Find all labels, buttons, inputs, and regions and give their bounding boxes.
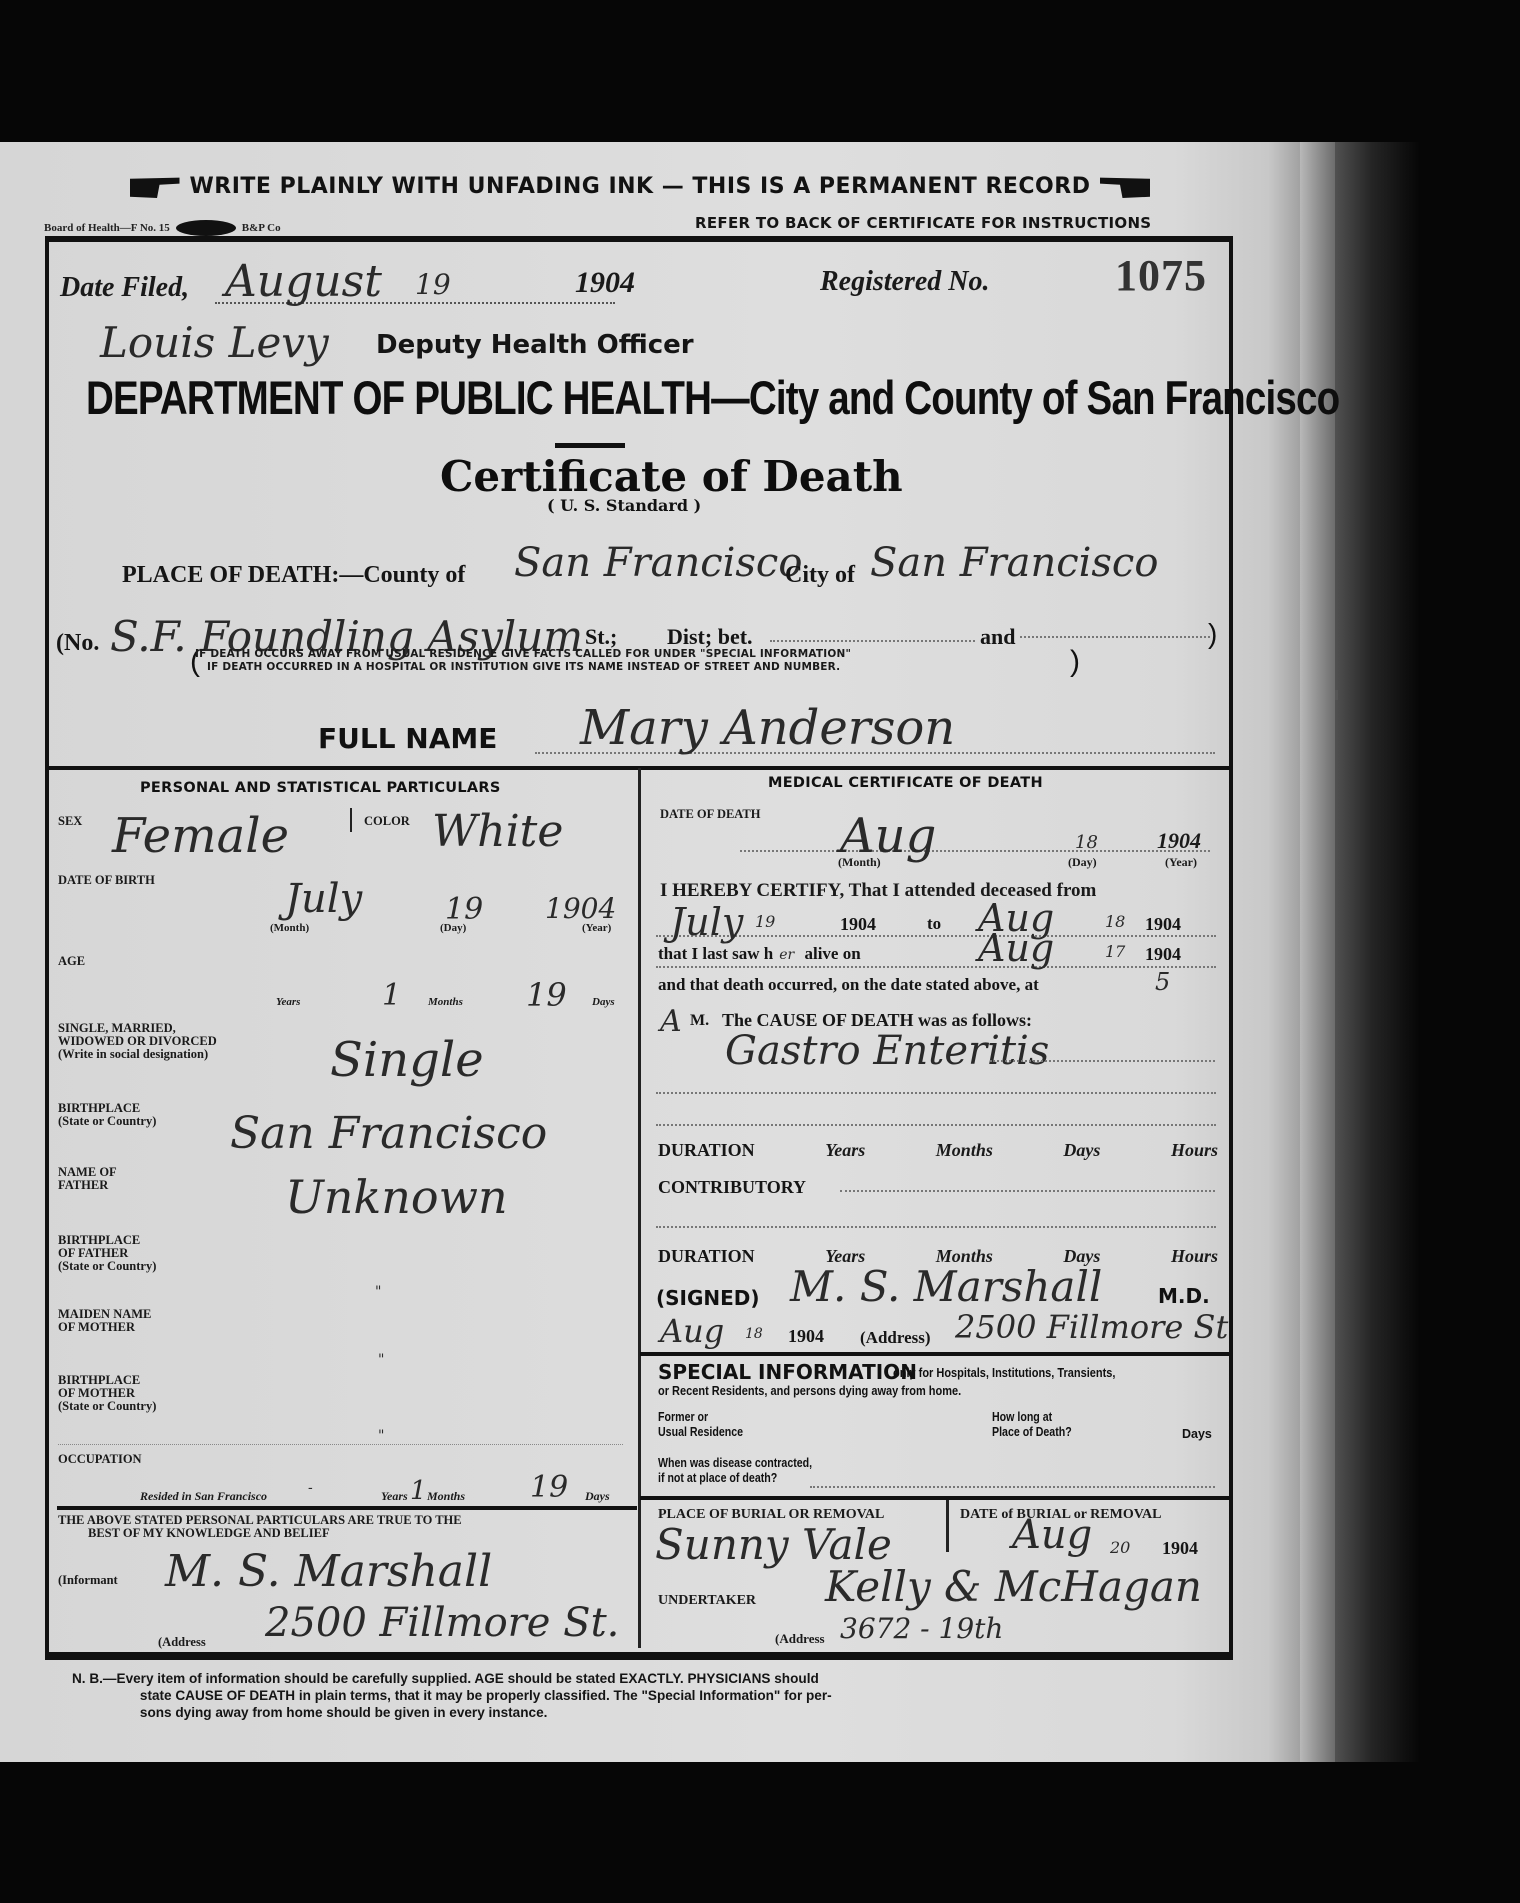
md-label: M.D. xyxy=(1158,1284,1210,1308)
resided-label: Resided in San Francisco xyxy=(140,1490,267,1503)
city-value: San Francisco xyxy=(870,540,1158,586)
printer-seal-icon xyxy=(176,220,236,236)
occupation-label: OCCUPATION xyxy=(58,1453,142,1466)
special-information-subtext: or Recent Residents, and persons dying a… xyxy=(658,1384,961,1398)
resided-years-value: - xyxy=(308,1480,313,1496)
occupation-line xyxy=(58,1444,623,1445)
duration-years-caption: Years xyxy=(825,1140,865,1161)
when-contracted-line xyxy=(810,1486,1215,1488)
how-long-label: How long at Place of Death? xyxy=(992,1410,1072,1440)
undertaker-value: Kelly & McHagan xyxy=(825,1562,1202,1611)
street-no-label: (No. xyxy=(56,630,99,657)
resided-months-caption: Months xyxy=(427,1490,465,1503)
duration-hours-caption: Hours xyxy=(1171,1140,1218,1161)
top-banner: WRITE PLAINLY WITH UNFADING INK — THIS I… xyxy=(100,168,1180,204)
section-rule xyxy=(640,1496,1230,1500)
duration-row: DURATION Years Months Days Hours xyxy=(658,1140,1218,1161)
refer-instructions: REFER TO BACK OF CERTIFICATE FOR INSTRUC… xyxy=(695,214,1151,232)
date-line xyxy=(740,850,1210,852)
printer-name: B&P Co xyxy=(242,222,281,234)
label-line: (State or Country) xyxy=(58,1115,156,1128)
undertaker-address-label: (Address xyxy=(775,1632,825,1645)
duration-label: DURATION xyxy=(658,1140,755,1161)
label-line: if not at place of death? xyxy=(658,1471,812,1486)
age-months-value: 1 xyxy=(382,978,401,1013)
cause-line xyxy=(656,1092,1216,1094)
duration-days-caption: Days xyxy=(1063,1140,1100,1161)
dob-month: July xyxy=(285,876,362,922)
age-label: AGE xyxy=(58,955,85,968)
marital-status-label: SINGLE, MARRIED, WIDOWED OR DIVORCED (Wr… xyxy=(58,1022,217,1061)
certificate-title: Certificate of Death xyxy=(440,452,903,501)
signed-date-month: Aug xyxy=(660,1312,724,1350)
section-rule xyxy=(640,1352,1230,1356)
undertaker-label: UNDERTAKER xyxy=(658,1594,756,1607)
registered-number: 1075 xyxy=(1115,250,1207,301)
label-text: alive on xyxy=(804,944,860,963)
dod-year: 1904 xyxy=(1157,828,1201,854)
registered-no-label: Registered No. xyxy=(820,266,990,298)
birthplace-value: San Francisco xyxy=(230,1108,547,1159)
note-line: state CAUSE OF DEATH in plain terms, tha… xyxy=(72,1687,1110,1704)
last-saw-month: Aug xyxy=(978,926,1054,970)
day-caption: (Day) xyxy=(440,922,466,935)
dob-year: 1904 xyxy=(545,892,616,925)
informant-label: (Informant xyxy=(58,1574,118,1587)
year-caption: (Year) xyxy=(1165,856,1197,869)
color-label: COLOR xyxy=(364,815,410,828)
physician-address-value: 2500 Fillmore St xyxy=(955,1308,1228,1346)
month-caption: (Month) xyxy=(270,922,309,935)
sex-value: Female xyxy=(112,808,289,864)
resided-days-value: 19 xyxy=(530,1470,568,1505)
date-filed-label: Date Filed, xyxy=(60,272,189,304)
duration-months-caption: Months xyxy=(936,1140,993,1161)
when-contracted-label: When was disease contracted, if not at p… xyxy=(658,1456,812,1486)
resided-months-value: 1 xyxy=(410,1476,427,1506)
label-line: (State or Country) xyxy=(58,1260,156,1273)
date-filed-month: August xyxy=(225,256,382,307)
label-line: FATHER xyxy=(58,1179,117,1192)
date-filed-year: 1904 xyxy=(575,266,635,300)
burial-date-month: Aug xyxy=(1012,1512,1092,1558)
days-label: Days xyxy=(1182,1427,1212,1441)
age-days-value: 19 xyxy=(526,976,567,1014)
department-title: DEPARTMENT OF PUBLIC HEALTH—City and Cou… xyxy=(86,370,996,425)
mother-name-ditto: " xyxy=(378,1352,384,1368)
age-days-caption: Days xyxy=(592,996,615,1009)
label-text: that I last saw h xyxy=(658,944,773,963)
column-divider xyxy=(638,768,641,1648)
officer-signature: Louis Levy xyxy=(100,318,329,367)
dod-day: 18 xyxy=(1075,832,1098,853)
pointing-hand-icon xyxy=(130,174,180,198)
label-line: Place of Death? xyxy=(992,1425,1072,1440)
sex-label: SEX xyxy=(58,815,82,828)
page-mark xyxy=(1335,690,1338,700)
label-line: Former or xyxy=(658,1410,743,1425)
label-line: BEST OF MY KNOWLEDGE AND BELIEF xyxy=(58,1527,633,1540)
mother-maiden-name-label: MAIDEN NAME OF MOTHER xyxy=(58,1308,151,1334)
st-label: St.; xyxy=(585,624,617,650)
dist-line xyxy=(770,640,975,642)
father-name-label: NAME OF FATHER xyxy=(58,1166,117,1192)
attended-from-month: July xyxy=(670,900,743,944)
attestation-text: THE ABOVE STATED PERSONAL PARTICULARS AR… xyxy=(58,1514,633,1540)
label-line: (State or Country) xyxy=(58,1400,156,1413)
attended-from-year: 1904 xyxy=(840,914,876,935)
full-name-label: FULL NAME xyxy=(318,722,497,755)
place-of-death-label: PLACE OF DEATH:—County of xyxy=(122,562,465,589)
last-saw-year: 1904 xyxy=(1145,944,1181,965)
place-instructions: IF DEATH OCCURS AWAY FROM USUAL RESIDENC… xyxy=(195,648,851,674)
age-years-caption: Years xyxy=(276,996,300,1009)
medical-certificate-header: MEDICAL CERTIFICATE OF DEATH xyxy=(768,775,1043,791)
banner-text: WRITE PLAINLY WITH UNFADING INK — THIS I… xyxy=(190,174,1091,199)
officer-title: Deputy Health Officer xyxy=(376,330,694,360)
color-value: White xyxy=(432,806,563,857)
occurred-text: and that death occurred, on the date sta… xyxy=(658,975,1039,995)
month-caption: (Month) xyxy=(838,856,881,869)
county-value: San Francisco xyxy=(514,540,802,586)
cause-line xyxy=(990,1060,1215,1062)
personal-particulars-header: PERSONAL AND STATISTICAL PARTICULARS xyxy=(140,780,501,796)
mother-birthplace-ditto: " xyxy=(378,1428,384,1444)
resided-years-caption: Years xyxy=(381,1490,408,1503)
last-saw-day: 17 xyxy=(1105,942,1125,961)
column-divider xyxy=(946,1500,949,1552)
certificate-subtitle: ( U. S. Standard ) xyxy=(547,496,701,515)
date-filed-day: 19 xyxy=(415,268,451,301)
contributory-line xyxy=(840,1190,1215,1192)
cause-of-death-value: Gastro Enteritis xyxy=(725,1028,1049,1074)
printer-line: Board of Health—F No. 15 B&P Co xyxy=(44,220,281,236)
contributory-label: CONTRIBUTORY xyxy=(658,1177,806,1198)
date-line xyxy=(656,966,1216,968)
signed-label: (SIGNED) xyxy=(656,1286,760,1310)
city-label: City of xyxy=(785,562,855,589)
attended-to-year: 1904 xyxy=(1145,914,1181,935)
death-hour: 5 xyxy=(1155,968,1170,996)
label-line: Usual Residence xyxy=(658,1425,743,1440)
informant-signature: M. S. Marshall xyxy=(165,1546,492,1597)
age-months-caption: Months xyxy=(428,996,463,1009)
pointing-hand-icon xyxy=(1100,174,1150,198)
and-label: and xyxy=(980,624,1015,650)
undertaker-address-value: 3672 - 19th xyxy=(840,1612,1003,1645)
contributory-line xyxy=(656,1226,1216,1228)
father-name-value: Unknown xyxy=(285,1170,508,1224)
father-birthplace-ditto: " xyxy=(375,1284,381,1300)
duration-hours-caption: Hours xyxy=(1171,1246,1218,1267)
attended-from-day: 19 xyxy=(755,912,775,931)
former-residence-label: Former or Usual Residence xyxy=(658,1410,743,1440)
date-of-birth-label: DATE OF BIRTH xyxy=(58,874,155,887)
date-of-death-label: DATE OF DEATH xyxy=(660,808,760,821)
note-line: N. B.—Every item of information should b… xyxy=(72,1670,819,1686)
marital-status-value: Single xyxy=(330,1032,484,1088)
label-line: (Write in social designation) xyxy=(58,1048,217,1061)
physician-signature: M. S. Marshall xyxy=(790,1262,1102,1311)
special-information-subtext: only for Hospitals, Institutions, Transi… xyxy=(893,1366,1183,1380)
m-label: M. xyxy=(690,1012,709,1030)
dist-line xyxy=(1020,636,1210,638)
certify-text: I HEREBY CERTIFY, That I attended deceas… xyxy=(660,880,1220,902)
title-rule xyxy=(555,443,625,448)
field-divider xyxy=(350,808,352,832)
informant-address-label: (Address xyxy=(158,1636,206,1649)
cause-line xyxy=(656,1124,1216,1126)
burial-date-year: 1904 xyxy=(1162,1538,1198,1559)
day-caption: (Day) xyxy=(1068,856,1097,869)
physician-address-label: (Address) xyxy=(860,1328,931,1348)
father-birthplace-label: BIRTHPLACE OF FATHER (State or Country) xyxy=(58,1234,156,1273)
pronoun-value: er xyxy=(773,947,800,963)
form-number: Board of Health—F No. 15 xyxy=(44,222,170,234)
note-line: sons dying away from home should be give… xyxy=(72,1704,1110,1721)
year-caption: (Year) xyxy=(582,922,611,935)
signed-date-year: 1904 xyxy=(788,1326,824,1347)
section-rule xyxy=(57,1506,637,1510)
dist-label: Dist; bet. xyxy=(667,624,753,650)
paren: ) xyxy=(1070,645,1080,679)
label-line: OF MOTHER xyxy=(58,1321,151,1334)
footer-note: N. B.—Every item of information should b… xyxy=(72,1670,1110,1721)
birthplace-label: BIRTHPLACE (State or Country) xyxy=(58,1102,156,1128)
resided-days-caption: Days xyxy=(585,1490,610,1503)
to-label: to xyxy=(927,914,941,934)
full-name-value: Mary Anderson xyxy=(580,700,955,756)
frame-bottom-rule xyxy=(45,1652,1233,1657)
last-saw-label: that I last saw her alive on xyxy=(658,944,861,964)
informant-address-value: 2500 Fillmore St. xyxy=(265,1600,619,1646)
instruction-line: IF DEATH OCCURS AWAY FROM USUAL RESIDENC… xyxy=(195,648,851,661)
instruction-line: IF DEATH OCCURRED IN A HOSPITAL OR INSTI… xyxy=(195,661,851,674)
signed-date-day: 18 xyxy=(745,1326,763,1342)
mother-birthplace-label: BIRTHPLACE OF MOTHER (State or Country) xyxy=(58,1374,156,1413)
label-line: When was disease contracted, xyxy=(658,1456,812,1471)
death-ampm: A xyxy=(660,1004,682,1039)
special-information-header: SPECIAL INFORMATION xyxy=(658,1360,917,1384)
burial-date-day: 20 xyxy=(1110,1538,1130,1557)
paren: ) xyxy=(1208,618,1217,650)
label-line: How long at xyxy=(992,1410,1072,1425)
duration-label: DURATION xyxy=(658,1246,755,1267)
attended-to-day: 18 xyxy=(1105,912,1125,931)
